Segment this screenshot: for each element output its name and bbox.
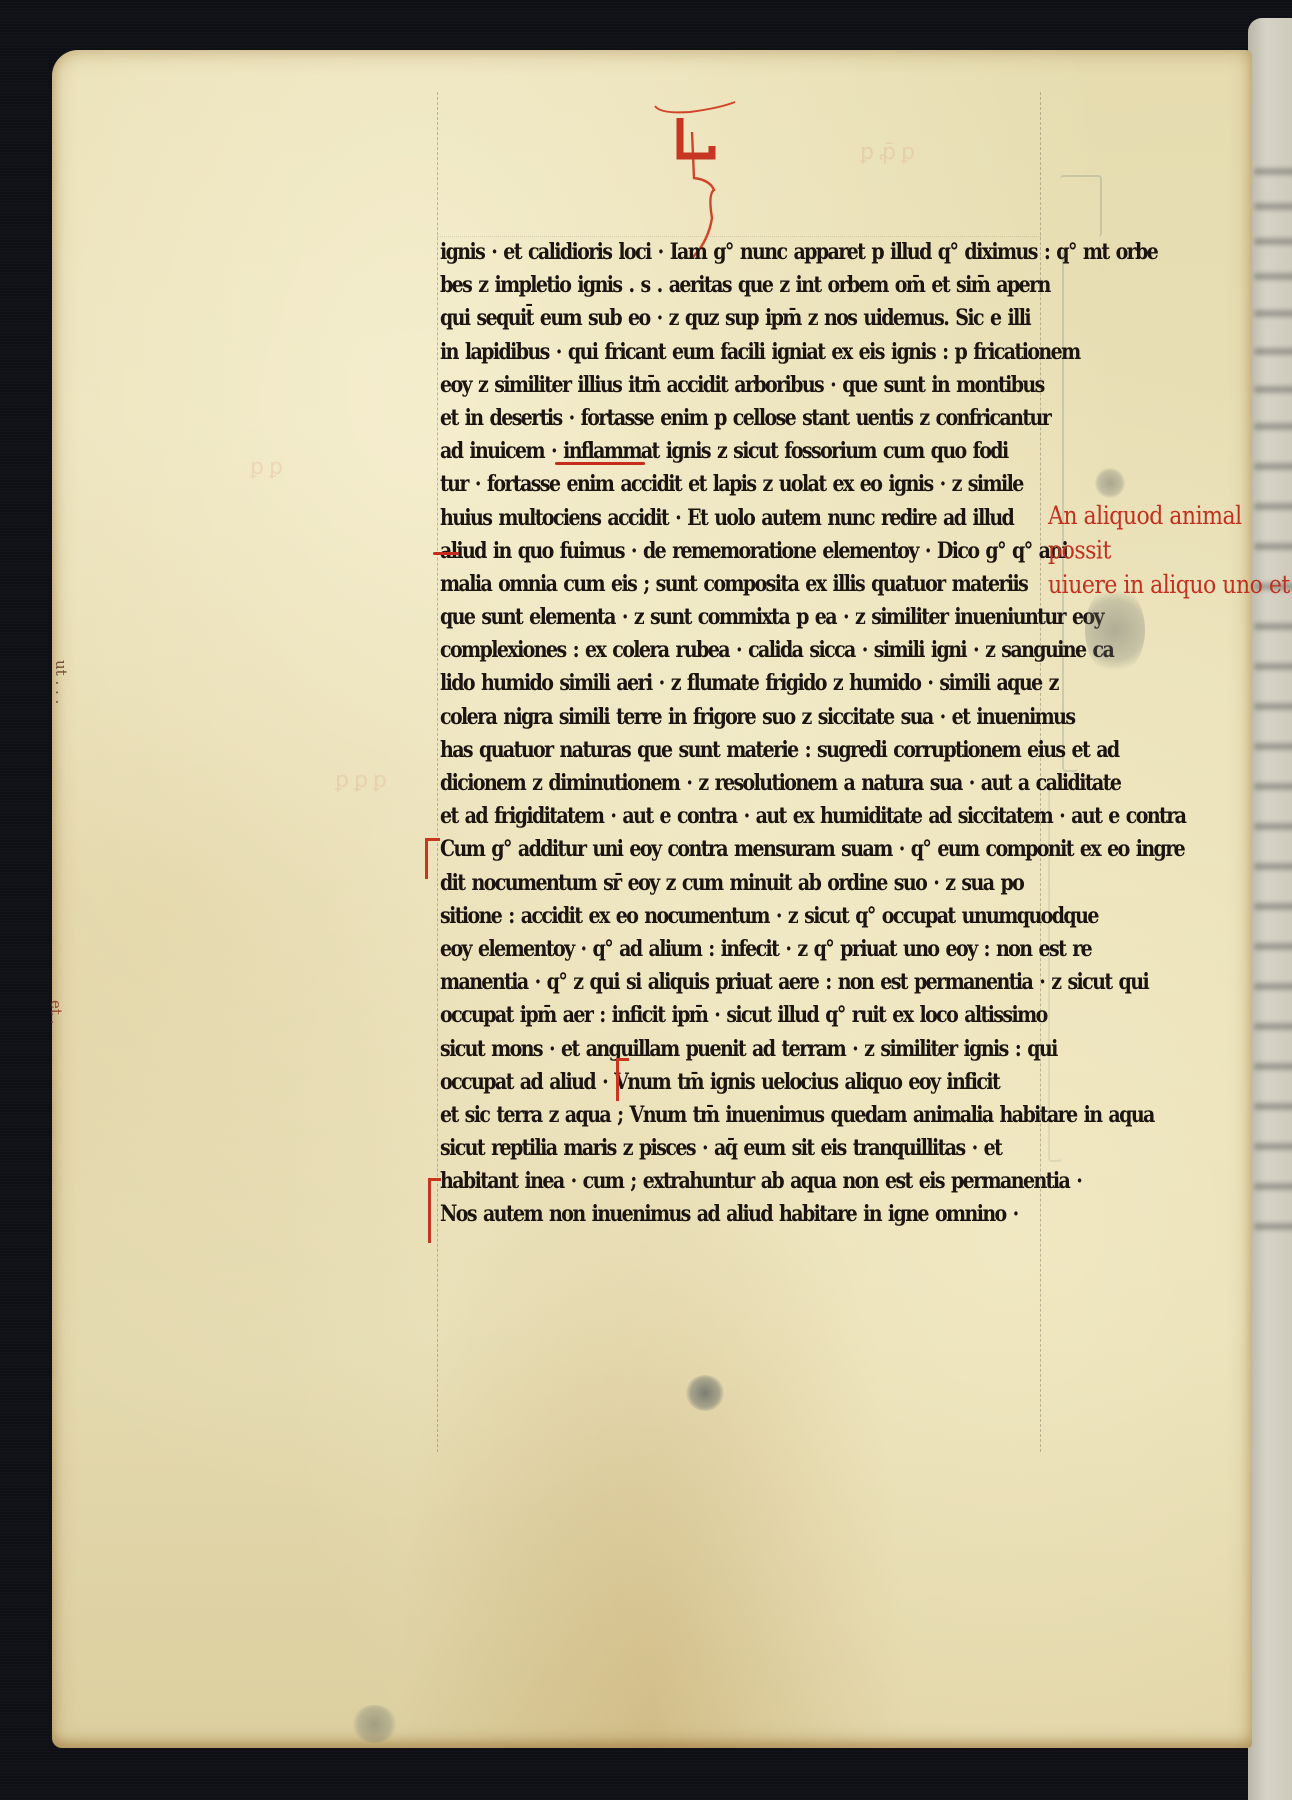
red-offset-top: ꝑ ꝓ̄ ꝑ	[860, 140, 914, 165]
marginal-note-line: uiuere in aliquo uno et	[1048, 569, 1292, 604]
red-offset-left-1: ꝑ ꝑ	[250, 455, 282, 480]
red-offset-left-2: ꝑ ꝑ ꝑ	[335, 768, 386, 793]
bleed-through-frame	[1060, 175, 1102, 237]
paragraph-mark-vnum	[616, 1058, 629, 1101]
marginal-note-line: An aliquod animal possit	[1048, 500, 1292, 569]
left-edge-marks-2: et .	[47, 1000, 65, 1024]
rubric-strike-line-10	[433, 552, 459, 555]
stain-spot	[352, 1705, 397, 1743]
stain-spot	[1085, 585, 1145, 675]
stain-spot	[1095, 468, 1125, 498]
ruling-left	[437, 92, 438, 1452]
left-edge-marks-1: ut . . .	[52, 660, 70, 704]
text-line: Nos autem non inuenimus ad aliud habitar…	[440, 1195, 1040, 1234]
main-text-column: ignis · et calidioris loci · Iam g° nunc…	[440, 236, 1040, 1232]
adjacent-leaf	[1248, 18, 1292, 1800]
paragraph-mark-cum	[425, 838, 440, 879]
marginal-rubric-note: An aliquod animal possit uiuere in aliqu…	[1048, 500, 1292, 604]
paragraph-mark-nos	[428, 1178, 441, 1243]
stain-spot	[686, 1375, 724, 1411]
rubric-strike-line-7	[555, 462, 645, 465]
